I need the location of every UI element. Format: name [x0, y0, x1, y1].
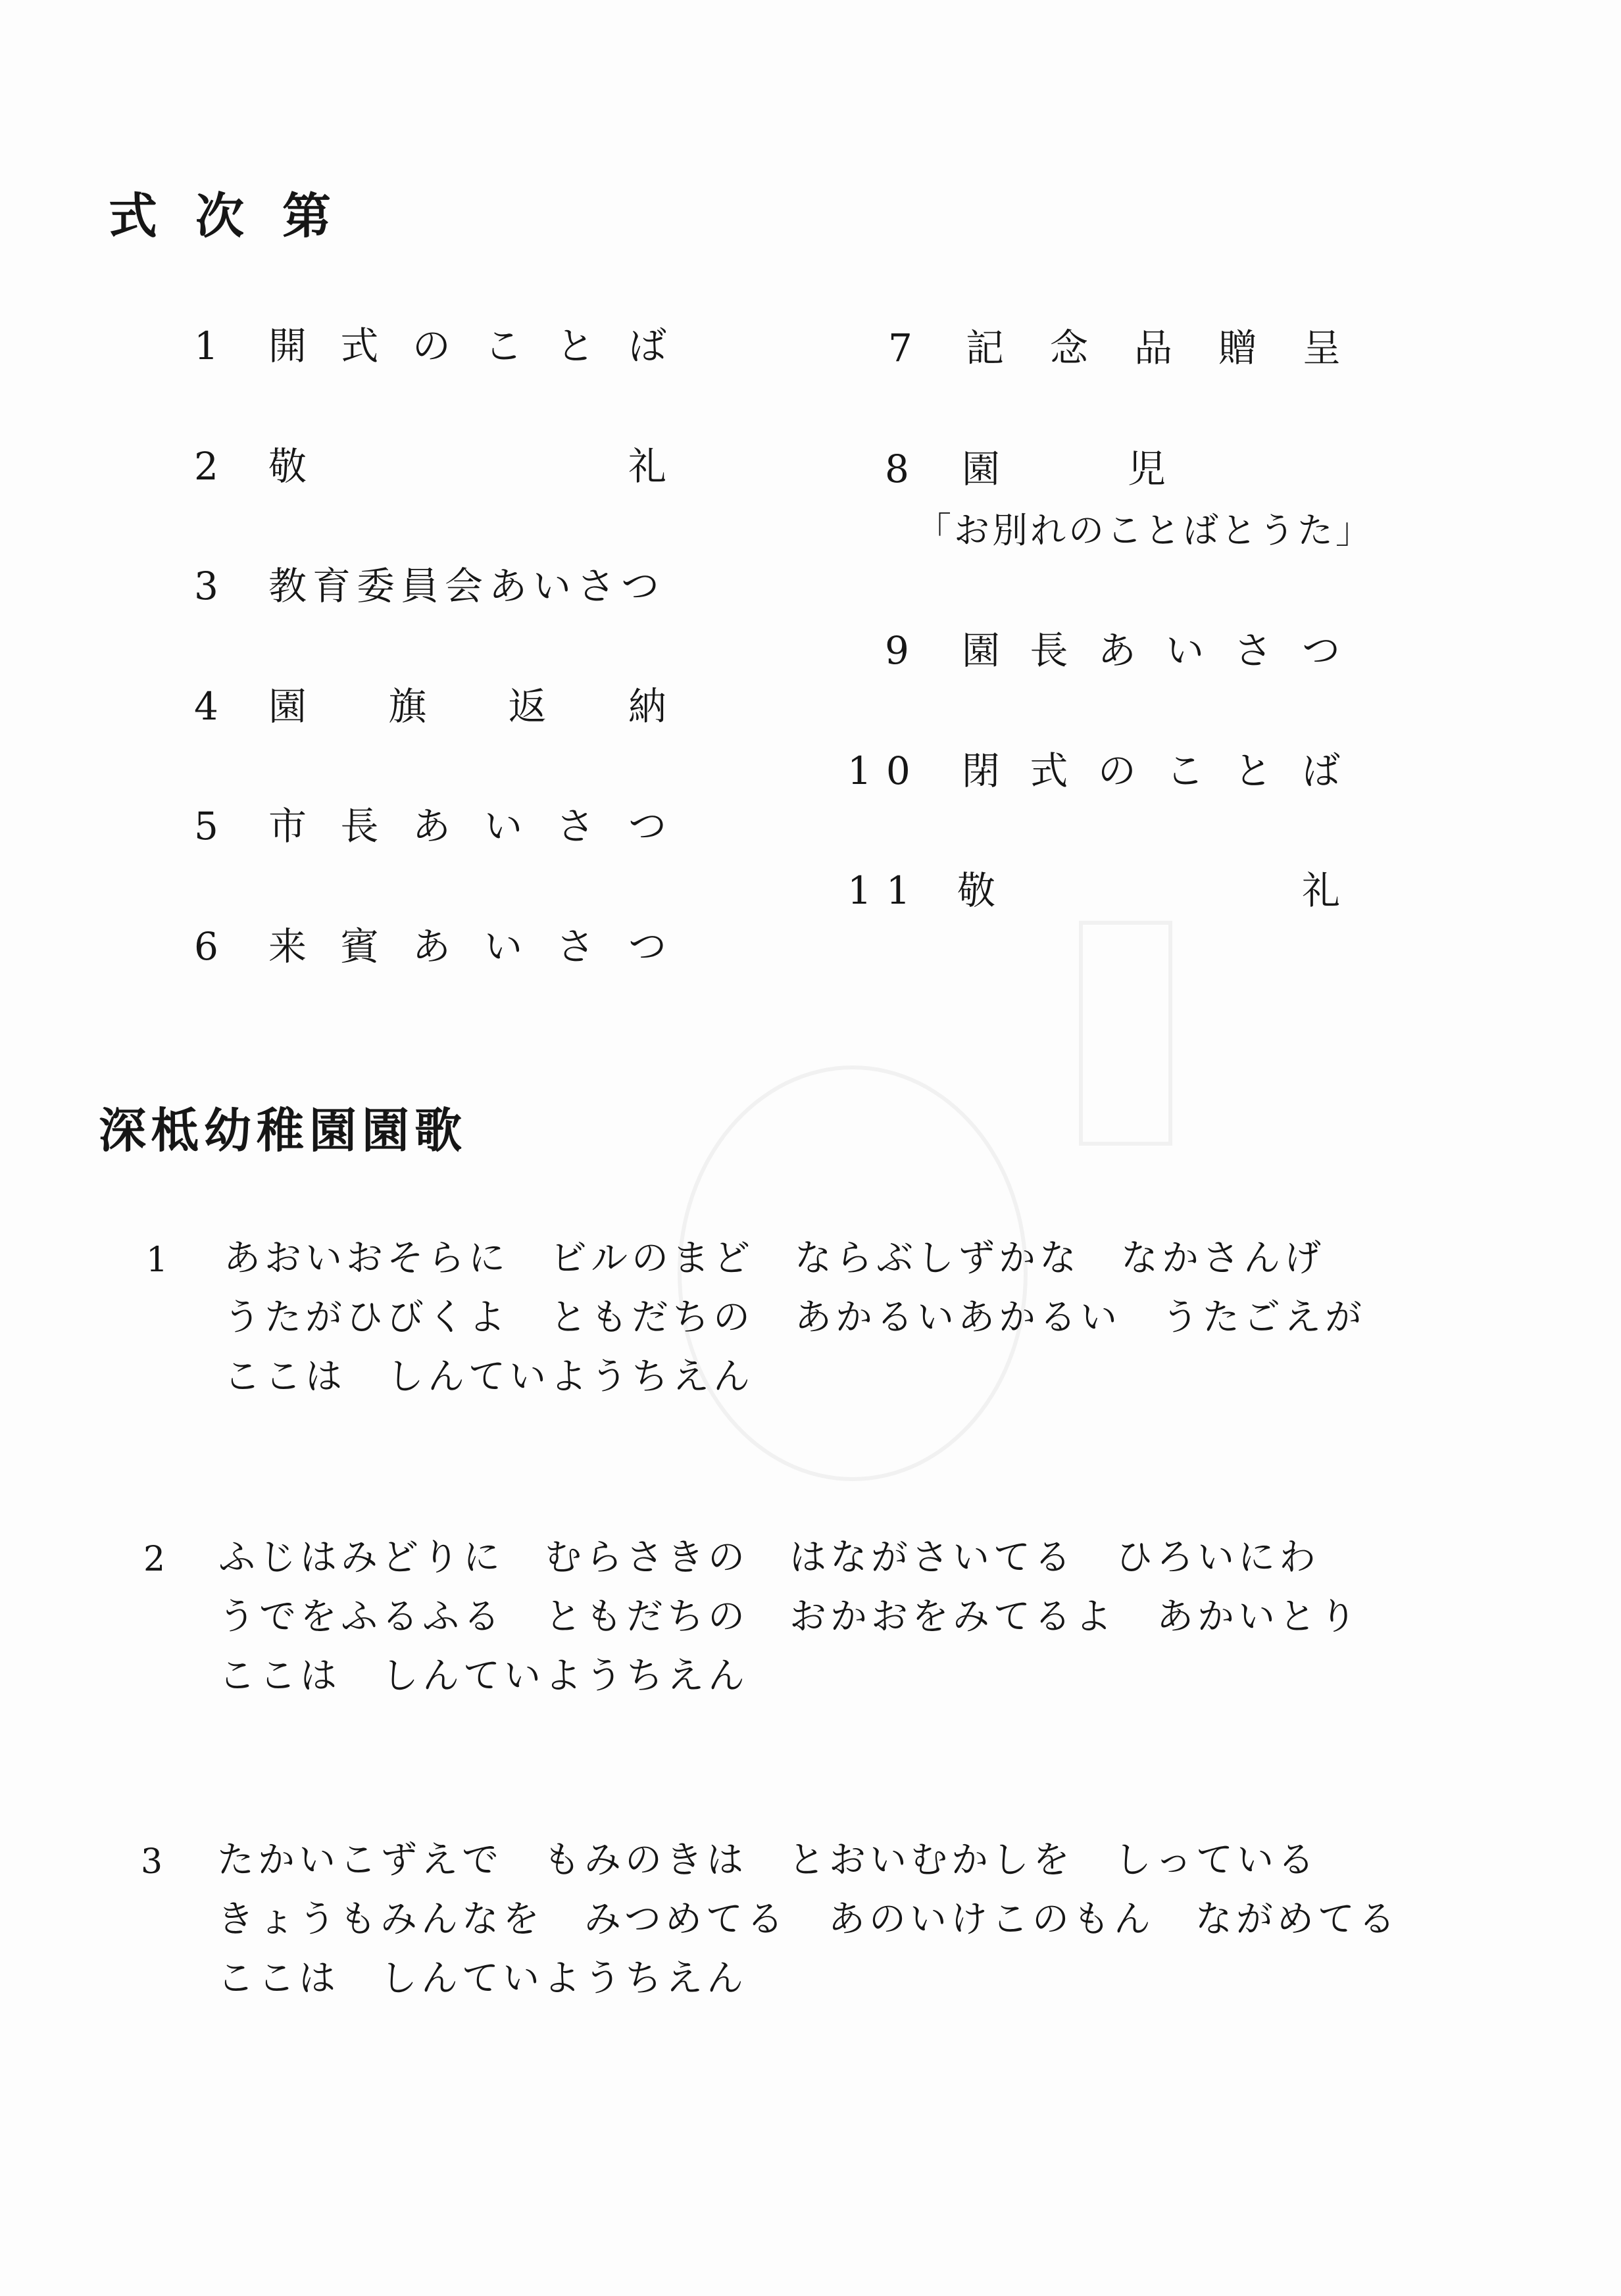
program-item-9: 園長あいさつ	[962, 631, 1340, 670]
program-item-8-subtitle: 「お別れのことばとうた」	[916, 513, 1374, 549]
program-item-3: 教育委員会あいさつ	[268, 567, 666, 605]
program-item-2: 敬礼	[268, 447, 666, 485]
lyric-line: きょうもみんなを みつめてる あのいけこのもん ながめてる	[217, 1901, 1399, 1938]
program-item-number: 8	[885, 450, 909, 488]
lyric-line: うでをふるふる ともだちの おかおをみてるよ あかいとり	[218, 1599, 1360, 1636]
program-item-number: 5	[194, 807, 218, 845]
lyric-line: ここは しんていようちえん	[218, 1658, 749, 1695]
program-item-1: 開式のことば	[268, 327, 666, 365]
verse-number: 3	[141, 1845, 162, 1879]
program-item-6: 来賓あいさつ	[268, 927, 666, 965]
program-item-number: 3	[194, 567, 218, 605]
program-item-11: 敬礼	[957, 871, 1340, 910]
program-title: 式次第	[109, 192, 369, 241]
lyric-line: たかいこずえで もみのきは とおいむかしを しっている	[217, 1842, 1318, 1879]
lyric-line: ふじはみどりに むらさきの はながさいてる ひろいにわ	[218, 1540, 1320, 1576]
program-item-4: 園旗返納	[268, 687, 666, 725]
program-item-number: 7	[888, 329, 912, 367]
program-item-5: 市長あいさつ	[268, 807, 666, 845]
program-item-number: 2	[194, 447, 218, 485]
lyric-line: ここは しんていようちえん	[217, 1961, 747, 1997]
verse-number: 2	[143, 1542, 165, 1576]
program-item-number: 4	[194, 687, 218, 725]
program-item-8: 園児	[962, 450, 1166, 488]
bleed-through-box	[1079, 921, 1172, 1146]
program-item-number: 11	[847, 871, 925, 910]
program-item-number: 10	[847, 752, 925, 790]
program-item-number: 1	[194, 327, 218, 365]
lyric-line: あおいおそらに ビルのまど ならぶしずかな なかさんげ	[224, 1240, 1325, 1277]
song-title: 深柢幼稚園園歌	[99, 1107, 467, 1154]
verse-number: 1	[146, 1243, 168, 1277]
program-item-number: 6	[194, 927, 218, 965]
program-item-number: 9	[885, 631, 909, 670]
lyric-line: ここは しんていようちえん	[224, 1359, 754, 1396]
program-item-10: 閉式のことば	[962, 752, 1340, 790]
program-item-7: 記念品贈呈	[966, 329, 1341, 367]
lyric-line: うたがひびくよ ともだちの あかるいあかるい うたごえが	[224, 1300, 1366, 1336]
